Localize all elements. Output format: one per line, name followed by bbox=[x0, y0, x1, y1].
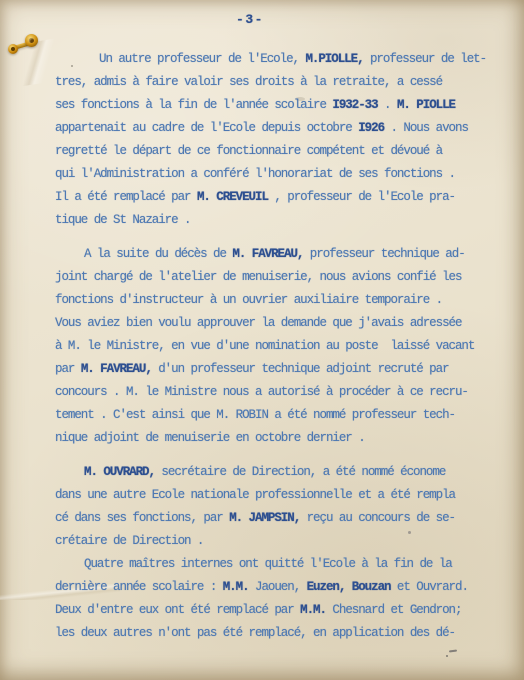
text-line: concours . M. le Ministre nous a autoris… bbox=[55, 381, 487, 404]
text-line: dernière année scolaire : M.M. Jaouen, E… bbox=[55, 576, 487, 599]
text-line: nique adjoint de menuiserie en octobre d… bbox=[55, 427, 487, 450]
text-segment: Deux d'entre eux ont été remplacé par bbox=[55, 603, 300, 617]
pencil-mark bbox=[449, 649, 457, 652]
text-line: qui l'Administration a conféré l'honorar… bbox=[55, 163, 487, 186]
text-segment: Vous aviez bien voulu approuver la deman… bbox=[55, 316, 461, 330]
text-line: M. OUVRARD, secrétaire de Direction, a é… bbox=[55, 461, 487, 484]
text-segment: . Nous avons bbox=[384, 121, 468, 135]
paper-speck bbox=[446, 655, 448, 657]
page-number: -3- bbox=[0, 12, 524, 27]
typewritten-text-body: Un autre professeur de l'Ecole, M.PIOLLE… bbox=[55, 48, 487, 645]
emphasized-name: M. JAMPSIN, bbox=[229, 511, 300, 525]
paragraph: M. OUVRARD, secrétaire de Direction, a é… bbox=[55, 461, 487, 553]
emphasized-name: M.M. bbox=[300, 603, 326, 617]
text-segment: regretté le départ de ce fonctionnaire c… bbox=[55, 144, 442, 158]
text-line: A la suite du décès de M. FAVREAU, profe… bbox=[55, 243, 487, 266]
text-segment: secrétaire de Direction, a été nommé éco… bbox=[155, 465, 445, 479]
text-line: appartenait au cadre de l'Ecole depuis o… bbox=[55, 117, 487, 140]
text-segment: dans une autre Ecole nationale professio… bbox=[55, 488, 455, 502]
text-segment: tres, admis à faire valoir ses droits à … bbox=[55, 75, 442, 89]
text-line: tres, admis à faire valoir ses droits à … bbox=[55, 71, 487, 94]
text-segment: joint chargé de l'atelier de menuiserie,… bbox=[55, 270, 461, 284]
text-line: les deux autres n'ont pas été remplacé, … bbox=[55, 622, 487, 645]
text-segment: fonctions d'instructeur à un ouvrier aux… bbox=[55, 293, 442, 307]
text-segment: concours . M. le Ministre nous a autoris… bbox=[55, 385, 468, 399]
text-line: cé dans ses fonctions, par M. JAMPSIN, r… bbox=[55, 507, 487, 530]
text-segment: reçu au concours de se- bbox=[300, 511, 455, 525]
text-segment: . bbox=[378, 98, 397, 112]
emphasized-name: M. FAVREAU, bbox=[232, 247, 303, 261]
document-page: -3- Un autre professeur de l'Ecole, M.PI… bbox=[0, 0, 524, 680]
emphasized-name: I926 bbox=[358, 121, 384, 135]
text-line: Deux d'entre eux ont été remplacé par M.… bbox=[55, 599, 487, 622]
text-segment: par bbox=[55, 362, 81, 376]
emphasized-name: M. CREVEUIL bbox=[197, 190, 268, 204]
text-segment: et Ouvrard. bbox=[390, 580, 467, 594]
text-line: Il a été remplacé par M. CREVEUIL , prof… bbox=[55, 186, 487, 209]
text-segment: tique de St Nazaire . bbox=[55, 213, 190, 227]
text-segment: crétaire de Direction . bbox=[55, 534, 203, 548]
text-segment: tement . C'est ainsi que M. ROBIN a été … bbox=[55, 408, 455, 422]
text-segment: Quatre maîtres internes ont quitté l'Eco… bbox=[84, 557, 452, 571]
emphasized-name: M.PIOLLE, bbox=[305, 52, 363, 66]
text-segment: Il a été remplacé par bbox=[55, 190, 197, 204]
emphasized-name: M. FAVREAU, bbox=[81, 362, 152, 376]
text-line: tique de St Nazaire . bbox=[55, 209, 487, 232]
text-line: joint chargé de l'atelier de menuiserie,… bbox=[55, 266, 487, 289]
paragraph: A la suite du décès de M. FAVREAU, profe… bbox=[55, 243, 487, 450]
text-line: regretté le départ de ce fonctionnaire c… bbox=[55, 140, 487, 163]
emphasized-name: M. PIOLLE bbox=[397, 98, 455, 112]
text-line: ses fonctions à la fin de l'année scolai… bbox=[55, 94, 487, 117]
text-segment: Chesnard et Gendron; bbox=[326, 603, 461, 617]
text-segment: nique adjoint de menuiserie en octobre d… bbox=[55, 431, 365, 445]
paragraph: Quatre maîtres internes ont quitté l'Eco… bbox=[55, 553, 487, 645]
emphasized-name: M. OUVRARD, bbox=[84, 465, 155, 479]
text-segment: ses fonctions à la fin de l'année scolai… bbox=[55, 98, 332, 112]
text-segment: Un autre professeur de l'Ecole, bbox=[99, 52, 305, 66]
text-segment: dernière année scolaire : bbox=[55, 580, 223, 594]
text-segment: d'un professeur technique adjoint recrut… bbox=[152, 362, 449, 376]
emphasized-name: I932-33 bbox=[332, 98, 377, 112]
text-segment: qui l'Administration a conféré l'honorar… bbox=[55, 167, 455, 181]
text-segment: , professeur de l'Ecole pra- bbox=[268, 190, 455, 204]
text-line: tement . C'est ainsi que M. ROBIN a été … bbox=[55, 404, 487, 427]
text-segment: professeur technique ad- bbox=[303, 247, 464, 261]
emphasized-name: M.M. bbox=[223, 580, 249, 594]
text-line: crétaire de Direction . bbox=[55, 530, 487, 553]
text-line: Quatre maîtres internes ont quitté l'Eco… bbox=[55, 553, 487, 576]
text-line: Vous aviez bien voulu approuver la deman… bbox=[55, 312, 487, 335]
emphasized-name: Euzen, Bouzan bbox=[307, 580, 391, 594]
text-line: fonctions d'instructeur à un ouvrier aux… bbox=[55, 289, 487, 312]
text-segment: à M. le Ministre, en vue d'une nominatio… bbox=[55, 339, 474, 353]
text-segment: professeur de let- bbox=[364, 52, 487, 66]
text-segment: les deux autres n'ont pas été remplacé, … bbox=[55, 626, 455, 640]
text-line: par M. FAVREAU, d'un professeur techniqu… bbox=[55, 358, 487, 381]
text-segment: A la suite du décès de bbox=[84, 247, 232, 261]
text-segment: Jaouen, bbox=[249, 580, 307, 594]
text-segment: appartenait au cadre de l'Ecole depuis o… bbox=[55, 121, 358, 135]
text-line: Un autre professeur de l'Ecole, M.PIOLLE… bbox=[55, 48, 487, 71]
text-segment: cé dans ses fonctions, par bbox=[55, 511, 229, 525]
paragraph: Un autre professeur de l'Ecole, M.PIOLLE… bbox=[55, 48, 487, 232]
text-line: à M. le Ministre, en vue d'une nominatio… bbox=[55, 335, 487, 358]
text-line: dans une autre Ecole nationale professio… bbox=[55, 484, 487, 507]
